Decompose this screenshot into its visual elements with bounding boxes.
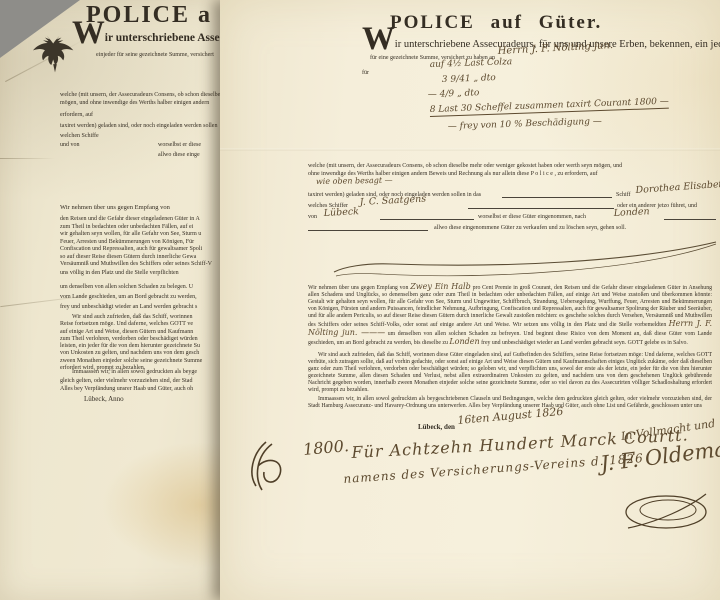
left-schaden-paragraph: um denselben von allen solchen Schaden z… xyxy=(60,282,197,312)
ship-line: von Unkosten zu gelten, und nachdem uns … xyxy=(60,350,202,357)
voyage-paragraph: Wir sind auch zufrieden, daß das Schiff,… xyxy=(308,352,712,394)
final-line: Alles bey Verpfändung unsrer Haab und Gü… xyxy=(60,385,197,394)
blank-rule xyxy=(380,219,474,220)
blank-rule xyxy=(468,208,614,209)
clause-line: welche (mit unsern, der Assecuradeurs Co… xyxy=(308,163,622,169)
right-policy-sheet: POLICE auf Güter. Wir unterschriebene As… xyxy=(220,0,720,600)
hw-sum-figure: 1800. xyxy=(302,436,349,459)
risk-line: Confiscation und Repressalien, auch für … xyxy=(60,246,212,254)
schaden-line: frey und unbeschädigt wieder an Land wer… xyxy=(60,302,197,312)
hw-premium-rate: Zwey Ein Halb xyxy=(410,282,471,291)
blank-rule xyxy=(502,197,612,198)
closing-paragraph: Immaassen wir, in allen sowol gedruckten… xyxy=(308,396,712,410)
ship-line: Reise fortsetzen möge. Und daferne, welc… xyxy=(60,321,202,328)
ship-fill-line-4: allwo diese eingenommene Güter zu verkau… xyxy=(434,225,626,231)
ship-label: Schiff xyxy=(616,192,631,198)
hw-port-to-2: Londen xyxy=(449,337,479,346)
left-intro-line: welche (mit unsern, der Assecuradeurs Co… xyxy=(60,92,220,98)
left-ship-paragraph: Wir sind auch zufrieden, daß das Schiff,… xyxy=(60,314,202,372)
schaden-line: um denselben von allen solchen Schaden z… xyxy=(60,282,197,292)
para1-body: frey und unbeschädiget wieder an Land we… xyxy=(481,340,688,346)
risk-line: so auf dieser Reise diesen Gütern durch … xyxy=(60,254,212,262)
right-drop-cap: W xyxy=(362,21,395,57)
risk-line: wir gehalten seyn wollen, für alle Gefah… xyxy=(60,231,212,239)
risk-line: Versäumniß und Muthwillen des Schiffers … xyxy=(60,261,212,269)
ship-fill-line-3b: worselbst er diese Güter eingenommen, na… xyxy=(478,214,586,220)
blank-rule xyxy=(664,219,716,220)
fuer-label: für xyxy=(362,70,369,76)
scanned-policy-photo: POLICE a Wir unterschriebene Assecuradeu… xyxy=(0,0,720,600)
hw-goods-line: — 4/9 „ dto xyxy=(428,88,480,100)
left-intro-line: und von xyxy=(60,142,80,148)
hw-taxed-note: wie oben besagt — xyxy=(316,176,393,186)
hw-captain-name: J. C. Saatgens xyxy=(359,194,426,208)
risk-line: zum Theil in bedachten oder unbedachten … xyxy=(60,224,212,232)
left-policy-sheet: POLICE a Wir unterschriebene Assecuradeu… xyxy=(0,0,226,600)
left-date-line: Lübeck, Anno xyxy=(84,395,124,403)
date-prefix: Lübeck, den xyxy=(418,423,455,431)
schaden-line: vom Lande geschieden, um an Bord gebrach… xyxy=(60,292,197,302)
hw-goods-total: 8 Last 30 Scheffel zusammen taxirt Coura… xyxy=(430,97,669,117)
para1-body: pro Cent Premie in groß Courant, den Rei… xyxy=(308,285,712,328)
double-eagle-emblem-icon xyxy=(33,32,77,76)
final-line: gleich gelten, oder vielmehr vorzuziehen… xyxy=(60,377,197,386)
hw-goods-franchise: — frey von 10 % Beschädigung — xyxy=(448,117,602,132)
ship-fill-line-3a: von xyxy=(308,214,317,220)
ship-line: leisten, ein jeder für die von dem hieru… xyxy=(60,343,202,350)
ship-line: auf einige Art und Weise, diesen Gütern … xyxy=(60,329,202,336)
left-intro-line: erfordern, auf xyxy=(60,112,93,118)
para1-prefix: Wir nehmen über uns gegen Empfang von xyxy=(308,285,408,291)
hw-goods-line: auf 4½ Last Colza xyxy=(430,57,513,70)
pen-flourish xyxy=(332,236,718,286)
left-final-paragraph: Immaassen wir, in allen sowol gedruckten… xyxy=(60,368,197,394)
left-risk-paragraph: den Reisen und die Gefahr dieser eingela… xyxy=(60,216,212,269)
left-doc-opening: Wir unterschriebene Assecuradeu xyxy=(72,28,226,46)
edge-crease xyxy=(0,158,55,159)
left-intro-line: taxiret werden) geladen sind, oder noch … xyxy=(60,123,217,129)
hw-ship-name: Dorothea Elisabeth xyxy=(635,179,720,196)
ship-line: zween Monathen einjeder solche seine gez… xyxy=(60,358,202,365)
left-opening-text: ir unterschriebene Assecuradeu xyxy=(105,32,226,44)
left-intro-line: mögen, und ohne inwendige des Werths hal… xyxy=(60,100,209,106)
signature-flourish xyxy=(618,488,714,538)
left-platz-line: uns völlig in den Platz und die Stelle v… xyxy=(60,270,179,276)
left-empfang-line: Wir nehmen über uns gegen Empfang von xyxy=(60,204,170,211)
risk-line: den Reisen und die Gefahr dieser eingela… xyxy=(60,216,212,224)
left-intro-line: worselbst er diese xyxy=(158,142,201,148)
final-line: Immaassen wir, in allen sowol gedruckten… xyxy=(60,368,197,377)
blank-rule xyxy=(308,230,428,231)
risk-line: Feuer, Arresten und Bekümmerungen von Kö… xyxy=(60,239,212,247)
hw-goods-line: 3 9/41 „ dto xyxy=(442,73,496,85)
monogram-icon xyxy=(246,434,300,494)
premium-paragraph: Wir nehmen über uns gegen Empfang von Zw… xyxy=(308,283,712,347)
left-opening-sub: einjeder für seine gezeichnete Summe, ve… xyxy=(96,52,214,58)
right-doc-title: POLICE auf Güter. xyxy=(390,12,602,34)
left-intro-line: allwo diese einge xyxy=(158,152,200,158)
left-drop-cap: W xyxy=(72,15,105,51)
left-intro-line: welchen Schiffe xyxy=(60,133,99,139)
hw-port-from: Lübeck xyxy=(323,206,359,219)
hw-port-to: Londen xyxy=(613,206,649,219)
fold-line xyxy=(220,148,720,151)
